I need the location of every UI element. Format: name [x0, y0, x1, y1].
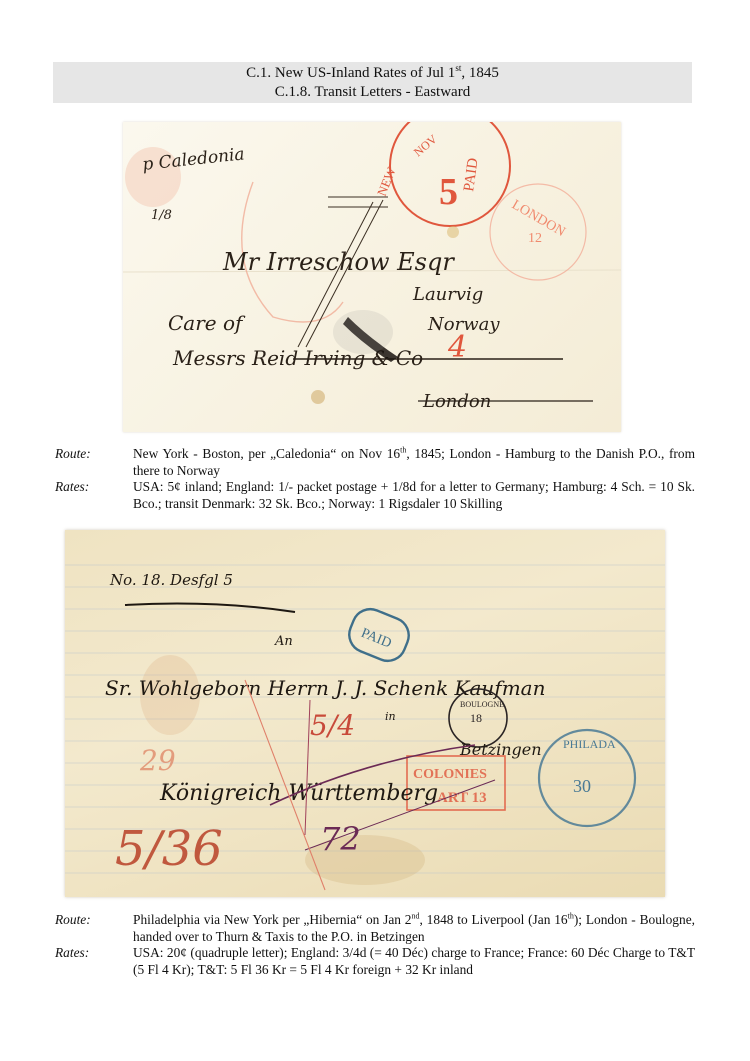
svg-text:Care of: Care of — [168, 311, 246, 335]
svg-text:5/36: 5/36 — [115, 821, 223, 877]
svg-text:18: 18 — [470, 711, 482, 725]
svg-text:Sr. Wohlgeborn Herrn J. J. Sch: Sr. Wohlgeborn Herrn J. J. Schenk Kaufma… — [105, 676, 545, 700]
svg-text:PHILADA: PHILADA — [563, 737, 616, 751]
svg-text:Königreich Württemberg: Königreich Württemberg — [159, 781, 438, 806]
svg-text:1/8: 1/8 — [151, 208, 172, 223]
svg-text:5: 5 — [439, 171, 458, 213]
rates-row: Rates: USA: 20¢ (quadruple letter); Engl… — [55, 945, 695, 978]
rates-text: USA: 5¢ inland; England: 1/- packet post… — [133, 479, 695, 512]
rates-text: USA: 20¢ (quadruple letter); England: 3/… — [133, 945, 695, 978]
svg-text:Betzingen: Betzingen — [459, 740, 542, 759]
rates-label: Rates: — [55, 479, 133, 512]
route-row: Route: Philadelphia via New York per „Hi… — [55, 912, 695, 945]
svg-text:PAID: PAID — [359, 626, 394, 652]
svg-text:4: 4 — [447, 330, 467, 365]
svg-text:12: 12 — [528, 231, 542, 246]
route-row: Route: New York - Boston, per „Caledonia… — [55, 446, 695, 479]
svg-text:An: An — [274, 634, 293, 649]
svg-text:5/4: 5/4 — [310, 709, 355, 742]
header-title-line2: C.1.8. Transit Letters - Eastward — [53, 83, 692, 102]
rates-row: Rates: USA: 5¢ inland; England: 1/- pack… — [55, 479, 695, 512]
cover-1-drawing: NEW NOV 5 PAID LONDON 12 p Caledonia 1/8… — [123, 122, 621, 432]
svg-text:PAID: PAID — [461, 157, 482, 193]
svg-text:BOULOGNE: BOULOGNE — [460, 700, 504, 709]
cover-image-2: No. 18. Desfgl 5 An PAID Sr. Wohlgeborn … — [65, 530, 665, 897]
description-cover-2: Route: Philadelphia via New York per „Hi… — [55, 912, 695, 978]
description-cover-1: Route: New York - Boston, per „Caledonia… — [55, 446, 695, 512]
svg-text:COLONIES: COLONIES — [413, 767, 487, 782]
svg-text:NOV: NOV — [411, 132, 440, 160]
route-text: New York - Boston, per „Caledonia“ on No… — [133, 446, 695, 479]
route-label: Route: — [55, 446, 133, 479]
svg-text:No. 18. Desfgl 5: No. 18. Desfgl 5 — [109, 571, 233, 589]
svg-text:30: 30 — [573, 776, 591, 796]
route-text: Philadelphia via New York per „Hibernia“… — [133, 912, 695, 945]
svg-text:Laurvig: Laurvig — [412, 284, 483, 305]
cover-image-1: NEW NOV 5 PAID LONDON 12 p Caledonia 1/8… — [123, 122, 621, 432]
header-title-line1: C.1. New US-Inland Rates of Jul 1st, 184… — [53, 64, 692, 83]
route-label: Route: — [55, 912, 133, 945]
svg-text:in: in — [385, 710, 396, 723]
svg-text:29: 29 — [139, 744, 176, 777]
svg-text:Mr Irreschow Esqr: Mr Irreschow Esqr — [222, 248, 455, 276]
svg-text:72: 72 — [320, 820, 361, 858]
cover-2-drawing: No. 18. Desfgl 5 An PAID Sr. Wohlgeborn … — [65, 530, 665, 897]
page-header: C.1. New US-Inland Rates of Jul 1st, 184… — [53, 62, 692, 103]
rates-label: Rates: — [55, 945, 133, 978]
